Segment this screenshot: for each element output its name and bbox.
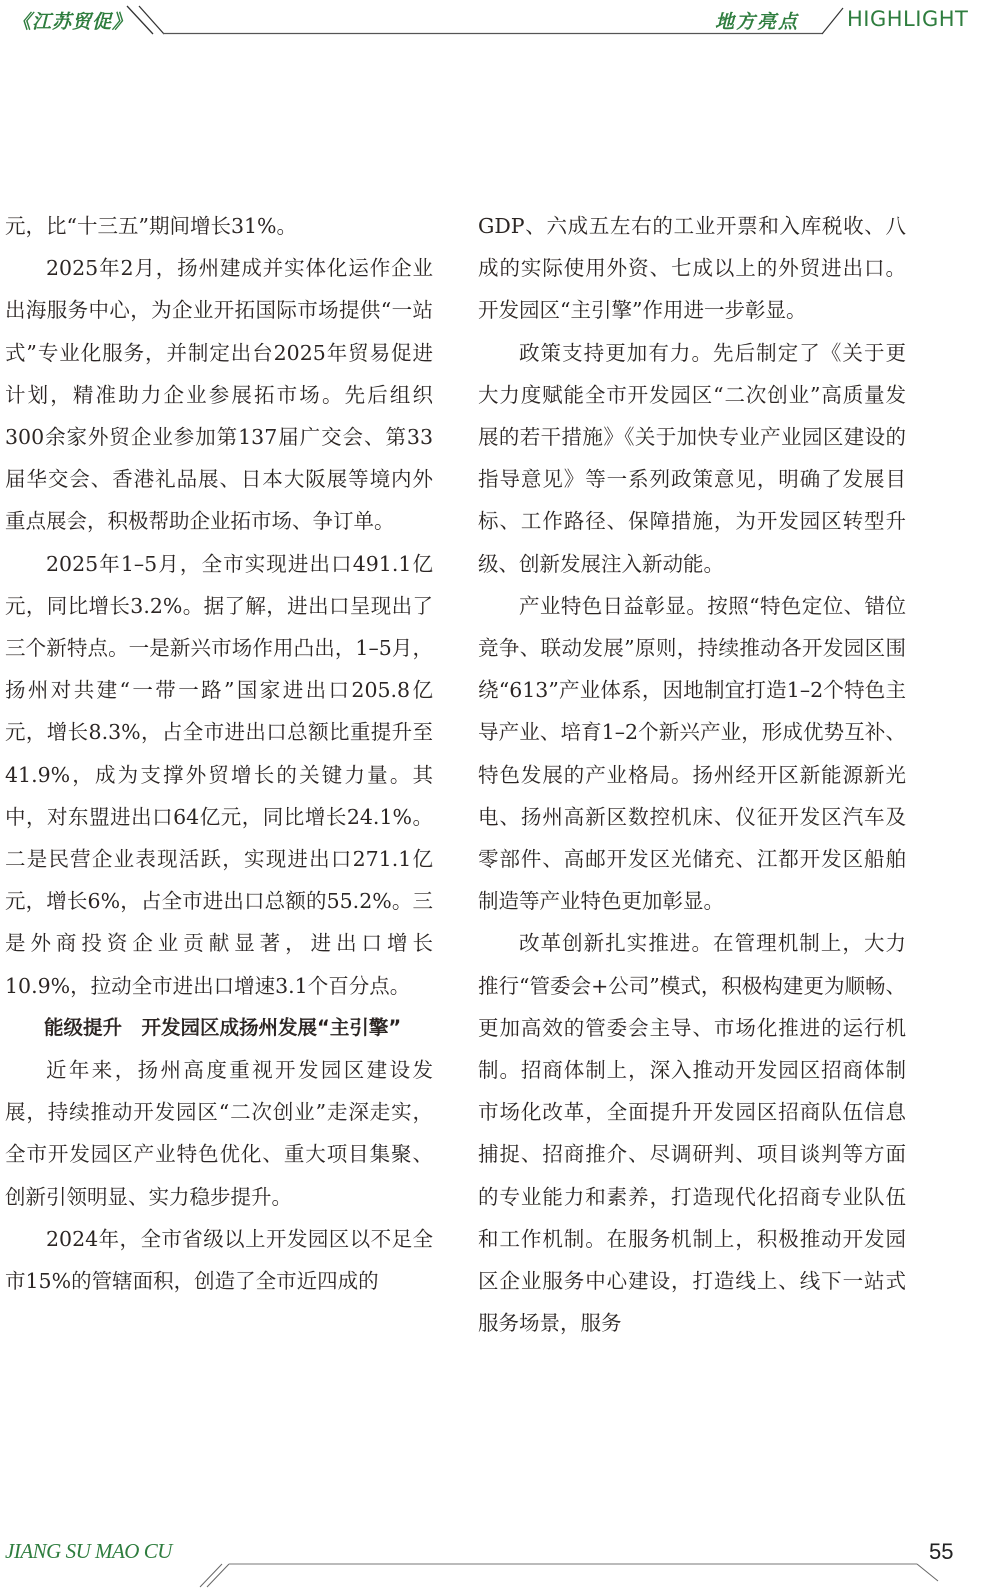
paragraph: 改革创新扎实推进。在管理机制上，大力推行“管委会+公司”模式，积极构建更为顺畅、… [478,922,906,1344]
magazine-brand: 《江苏贸促》 [12,7,132,34]
page-number: 55 [929,1539,953,1565]
paragraph: 2025年1–5月，全市实现进出口491.1亿元，同比增长3.2%。据了解，进出… [5,543,433,1007]
left-column: 元，比“十三五”期间增长31%。 2025年2月，扬州建成并实体化运作企业出海服… [5,205,433,1302]
paragraph-continuation: 元，比“十三五”期间增长31%。 [5,205,433,247]
section-heading: 能级提升 开发园区成扬州发展“主引擎” [5,1007,433,1049]
footer-brand: JIANG SU MAO CU [5,1539,172,1564]
paragraph-continuation: GDP、六成五左右的工业开票和入库税收、八成的实际使用外资、七成以上的外贸进出口… [478,205,906,332]
paragraph: 近年来，扬州高度重视开发园区建设发展，持续推动开发园区“二次创业”走深走实，全市… [5,1049,433,1218]
paragraph: 产业特色日益彰显。按照“特色定位、错位竞争、联动发展”原则，持续推动各开发园区围… [478,585,906,923]
paragraph: 政策支持更加有力。先后制定了《关于更大力度赋能全市开发园区“二次创业”高质量发展… [478,332,906,585]
paragraph: 2025年2月，扬州建成并实体化运作企业出海服务中心，为企业开拓国际市场提供“一… [5,247,433,542]
page-header: 《江苏贸促》 地方亮点 HIGHLIGHT [0,0,1000,40]
paragraph: 2024年，全市省级以上开发园区以不足全市15%的管辖面积，创造了全市近四成的 [5,1218,433,1302]
section-name: 地方亮点 [715,7,799,34]
section-name-en: HIGHLIGHT [847,7,968,31]
right-column: GDP、六成五左右的工业开票和入库税收、八成的实际使用外资、七成以上的外贸进出口… [478,205,906,1344]
page-footer: JIANG SU MAO CU 55 [0,1530,1000,1595]
